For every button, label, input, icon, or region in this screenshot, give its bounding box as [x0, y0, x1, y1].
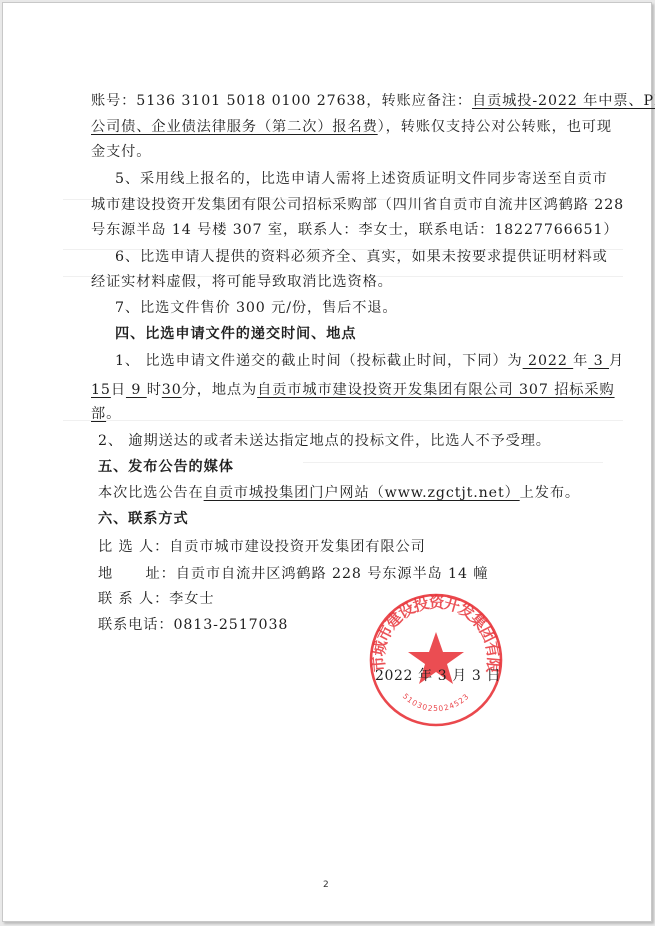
month-unit: 月	[609, 353, 624, 369]
signature-date: 2022 年 3 月 3 日	[375, 665, 501, 685]
person-value: 李女士	[169, 591, 214, 607]
publish-intro-text: 本次比选公告在	[98, 485, 204, 501]
item-5-line-3: 号东源半岛 14 号楼 307 室，联系人：李女士，联系电话：182277666…	[91, 220, 599, 240]
deadline-day: 15	[91, 382, 111, 398]
address-label: 地 址：	[98, 566, 176, 582]
section-4-item-1-line-2: 15日 9 时30分，地点为自贡市城市建设投资开发集团有限公司 307 招标采购	[91, 380, 599, 400]
deadline-minute: 30	[162, 382, 182, 398]
item-7: 7、比选文件售价 300 元/份，售后不退。	[115, 298, 623, 318]
person-label: 联 系 人：	[98, 591, 169, 607]
account-line-2: 公司债、企业债法律服务（第二次）报名费），转账仅支持公对公转账，也可现	[91, 117, 599, 137]
deadline-intro-text: 1、 比选申请文件递交的截止时间（投标截止时间，下同）为	[115, 353, 523, 369]
account-number-text: 账号：5136 3101 5018 0100 27638，转账应备注：	[91, 93, 472, 109]
place-intro-text: 分，地点为	[182, 382, 257, 398]
item-5-line-2: 城市建设投资开发集团有限公司招标采购部（四川省自贡市自流井区鸿鹤路 228	[91, 195, 599, 215]
website-link[interactable]: 自贡市城投集团门户网站（www.zgctjt.net）	[204, 485, 520, 501]
section-5-heading: 五、发布公告的媒体	[98, 457, 606, 477]
day-unit: 日	[111, 382, 126, 398]
document-page: 账号：5136 3101 5018 0100 27638，转账应备注：自贡城投-…	[2, 2, 652, 922]
transfer-note-text: ），转账仅支持公对公转账，也可现	[378, 119, 612, 135]
address-value: 自贡市自流井区鸿鹤路 228 号东源半岛 14 幢	[176, 566, 489, 582]
phone-label: 联系电话：	[98, 617, 173, 633]
deadline-month: 3	[588, 353, 609, 369]
publish-end-text: 上发布。	[520, 485, 580, 501]
period: 。	[106, 406, 121, 422]
section-4-item-1-line-1: 1、 比选申请文件递交的截止时间（投标截止时间，下同）为 2022 年 3 月	[115, 351, 599, 371]
submission-place-end: 部	[91, 406, 106, 422]
page-number: 2	[323, 880, 329, 890]
submission-place: 自贡市城市建设投资开发集团有限公司 307 招标采购	[257, 382, 614, 398]
bidder-value: 自贡市城市建设投资开发集团有限公司	[169, 539, 426, 555]
phone-value: 0813-2517038	[173, 617, 288, 633]
contact-person: 联 系 人：李女士	[98, 589, 606, 609]
section-4-item-1-line-3: 部。	[91, 404, 599, 424]
account-line-1: 账号：5136 3101 5018 0100 27638，转账应备注：自贡城投-…	[91, 91, 599, 111]
item-5-line-1: 5、采用线上报名的，比选申请人需将上述资质证明文件同步寄送至自贡市	[115, 169, 599, 189]
contact-phone: 联系电话：0813-2517038	[98, 615, 606, 635]
contact-address: 地 址：自贡市自流井区鸿鹤路 228 号东源半岛 14 幢	[98, 564, 606, 584]
section-4-heading: 四、比选申请文件的递交时间、地点	[115, 324, 623, 344]
deadline-hour: 9	[126, 382, 147, 398]
deadline-year: 2022	[523, 353, 574, 369]
hour-unit: 时	[147, 382, 162, 398]
section-5-text: 本次比选公告在自贡市城投集团门户网站（www.zgctjt.net）上发布。	[98, 483, 606, 503]
company-seal-icon: 自贡市城市建设投资开发集团有限公司 5103025024523	[368, 592, 504, 728]
seal-code-text: 5103025024523	[401, 692, 471, 714]
account-line-3: 金支付。	[91, 142, 599, 162]
svg-text:5103025024523: 5103025024523	[401, 692, 471, 714]
item-6-line-2: 经证实材料虚假，将可能导致取消比选资格。	[91, 272, 599, 292]
section-4-item-2: 2、 逾期送达的或者未送达指定地点的投标文件，比选人不予受理。	[98, 431, 606, 451]
item-6-line-1: 6、比选申请人提供的资料必须齐全、真实，如果未按要求提供证明材料或	[115, 247, 599, 267]
transfer-remark-text-cont: 公司债、企业债法律服务（第二次）报名费	[91, 119, 378, 135]
bidder-label: 比 选 人：	[98, 539, 169, 555]
transfer-remark-text: 自贡城投-2022 年中票、PPN、	[472, 93, 655, 109]
year-unit: 年	[573, 353, 588, 369]
section-6-heading: 六、联系方式	[98, 509, 606, 529]
contact-bidder: 比 选 人：自贡市城市建设投资开发集团有限公司	[98, 537, 606, 557]
